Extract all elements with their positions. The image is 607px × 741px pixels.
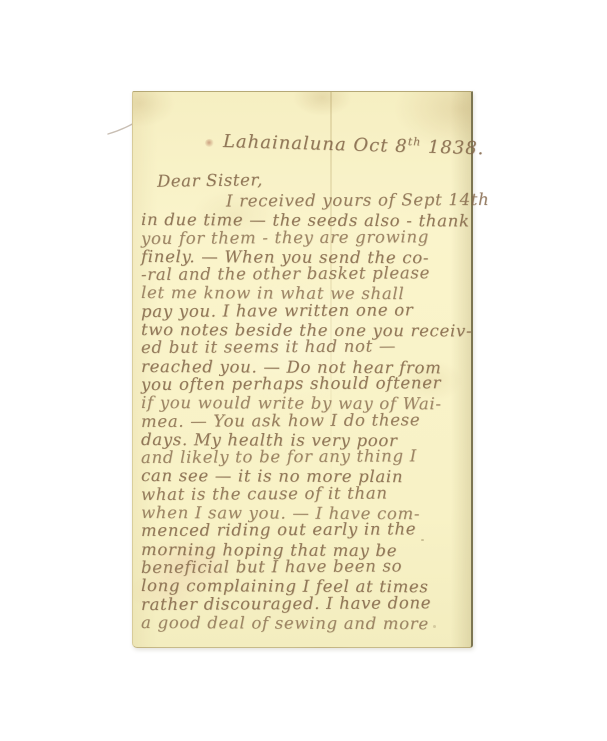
letter-line: rather discouraged. I have done: [141, 594, 471, 614]
letter-salutation: Dear Sister,: [157, 170, 263, 190]
letter-line: -ral and the other basket please: [141, 264, 471, 284]
letter-line: you often perhaps should oftener: [141, 374, 471, 394]
dateline-year: 1838.: [421, 137, 485, 160]
letter-line: pay you. I have written one or: [141, 301, 471, 321]
letter-dateline: Lahainaluna Oct 8th 1838.: [223, 130, 485, 159]
letter-line: I received yours of Sept 14th: [141, 191, 471, 211]
letter-line: beneficial but I have been so: [141, 557, 471, 577]
letter-line: menced riding out early in the: [141, 520, 471, 540]
letter-line: ed but it seems it had not —: [141, 337, 471, 357]
dateline-ordinal-superscript: th: [408, 135, 422, 148]
dateline-place-date: Lahainaluna Oct 8: [223, 131, 408, 157]
letter-body: I received yours of Sept 14thin due time…: [141, 193, 471, 632]
letter-line: what is the cause of it than: [141, 484, 471, 504]
letter-paper: Lahainaluna Oct 8th 1838. Dear Sister, I…: [132, 91, 473, 648]
letter-line: and likely to be for any thing I: [141, 447, 471, 467]
letter-line: you for them - they are growing: [141, 228, 471, 248]
letter-line: a good deal of sewing and more: [141, 614, 471, 634]
scanned-letter-page: Lahainaluna Oct 8th 1838. Dear Sister, I…: [0, 0, 607, 741]
letter-line: mea. — You ask how I do these: [141, 411, 471, 431]
paper-stain-dot: [205, 139, 214, 147]
